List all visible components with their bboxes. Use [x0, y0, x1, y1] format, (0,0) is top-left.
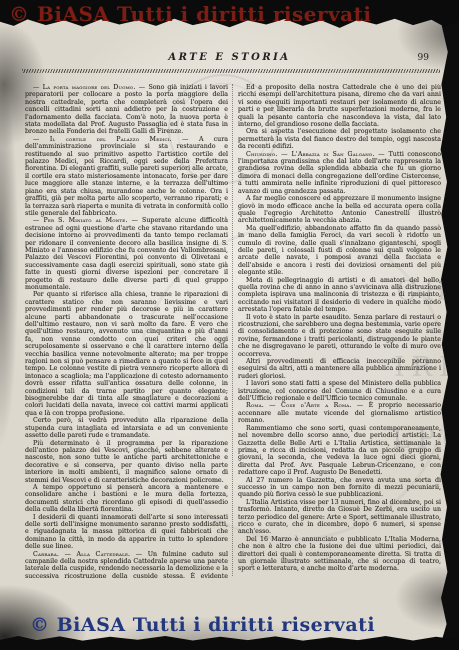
paragraph: Ma quell'edifizio, abbandonato affatto f… [238, 225, 441, 277]
journal-title: ARTE E STORIA [0, 52, 459, 63]
item-heading: — Il cortile del Palazzo Medici. — [33, 136, 199, 143]
text-columns: — La porta maggiore del Duomo. — Sono gi… [25, 84, 441, 578]
paragraph: A far meglio conoscere ed apprezzare il … [238, 195, 441, 225]
paragraph: Per quanto si riferisce alla chiesa, tra… [25, 291, 228, 417]
item-heading: Chiusdino. — L'Abbazia di San Galgano. — [246, 151, 389, 158]
paragraph: Roma. — Cose d'Arte a Roma. — È proprio … [238, 402, 441, 424]
paragraph: Meta di pellegrinaggio di artisti e di a… [238, 277, 441, 314]
paragraph: Del 16 Marzo è annunciato e pubblicato L… [238, 536, 441, 573]
paragraph: Chiusdino. — L'Abbazia di San Galgano. —… [238, 151, 441, 195]
right-column: Ed a proposito della nostra Cattedrale c… [238, 84, 441, 578]
paragraph: Più determinato è il programma per la ri… [25, 440, 228, 484]
page-number: 99 [418, 53, 429, 63]
item-heading: — Per S. Miniato al Monte. — [33, 217, 142, 224]
paragraph: Altri provvedimenti di efficacia ineccep… [238, 358, 441, 380]
paragraph: L'Italia Artistica visse per 13 numeri, … [238, 499, 441, 536]
paragraph: Al 27 numero la Gazzetta, che aveva avut… [238, 477, 441, 499]
paragraph: I desiderii di quanti innamorati dell'ar… [25, 514, 228, 551]
paragraph: Rammentiamo che sono sorti, quasi contem… [238, 425, 441, 477]
paragraph: Ed a proposito della nostra Cattedrale c… [238, 84, 441, 128]
watermark-top: © BiASA Tutti i diritti riservati [9, 2, 371, 26]
item-heading: Carrara. — Alla Cattedrale. — [33, 551, 148, 558]
scan-border-right [439, 0, 459, 650]
paragraph: Certo però, si vedrà provveduto alla rip… [25, 417, 228, 439]
header-ornamental-rule [22, 69, 440, 73]
paragraph: — Per S. Miniato al Monte. — Superate al… [25, 217, 228, 291]
paragraph: Ora si aspetta l'esecuzione del progetta… [238, 128, 441, 150]
paragraph: — La porta maggiore del Duomo. — Sono gi… [25, 84, 228, 136]
item-heading: — La porta maggiore del Duomo. — [33, 84, 148, 91]
watermark-bottom: © BiASA Tutti i diritti riservati [30, 614, 375, 636]
left-column: — La porta maggiore del Duomo. — Sono gi… [25, 84, 228, 578]
paragraph: Carrara. — Alla Cattedrale. — Un fulmine… [25, 551, 228, 578]
paragraph: I lavori sono stati fatti a spese del Mi… [238, 380, 441, 402]
scanned-journal-page: © BiASA Tutti i diritti riservati © BiAS… [0, 0, 459, 650]
item-heading: Roma. — Cose d'Arte a Roma. — [246, 402, 369, 409]
paragraph: Il voto è stato in parte esaudito. Senza… [238, 314, 441, 358]
paragraph: — Il cortile del Palazzo Medici. — A cur… [25, 136, 228, 217]
paragraph: A tempo opportuno si penserà ancora a ma… [25, 484, 228, 514]
